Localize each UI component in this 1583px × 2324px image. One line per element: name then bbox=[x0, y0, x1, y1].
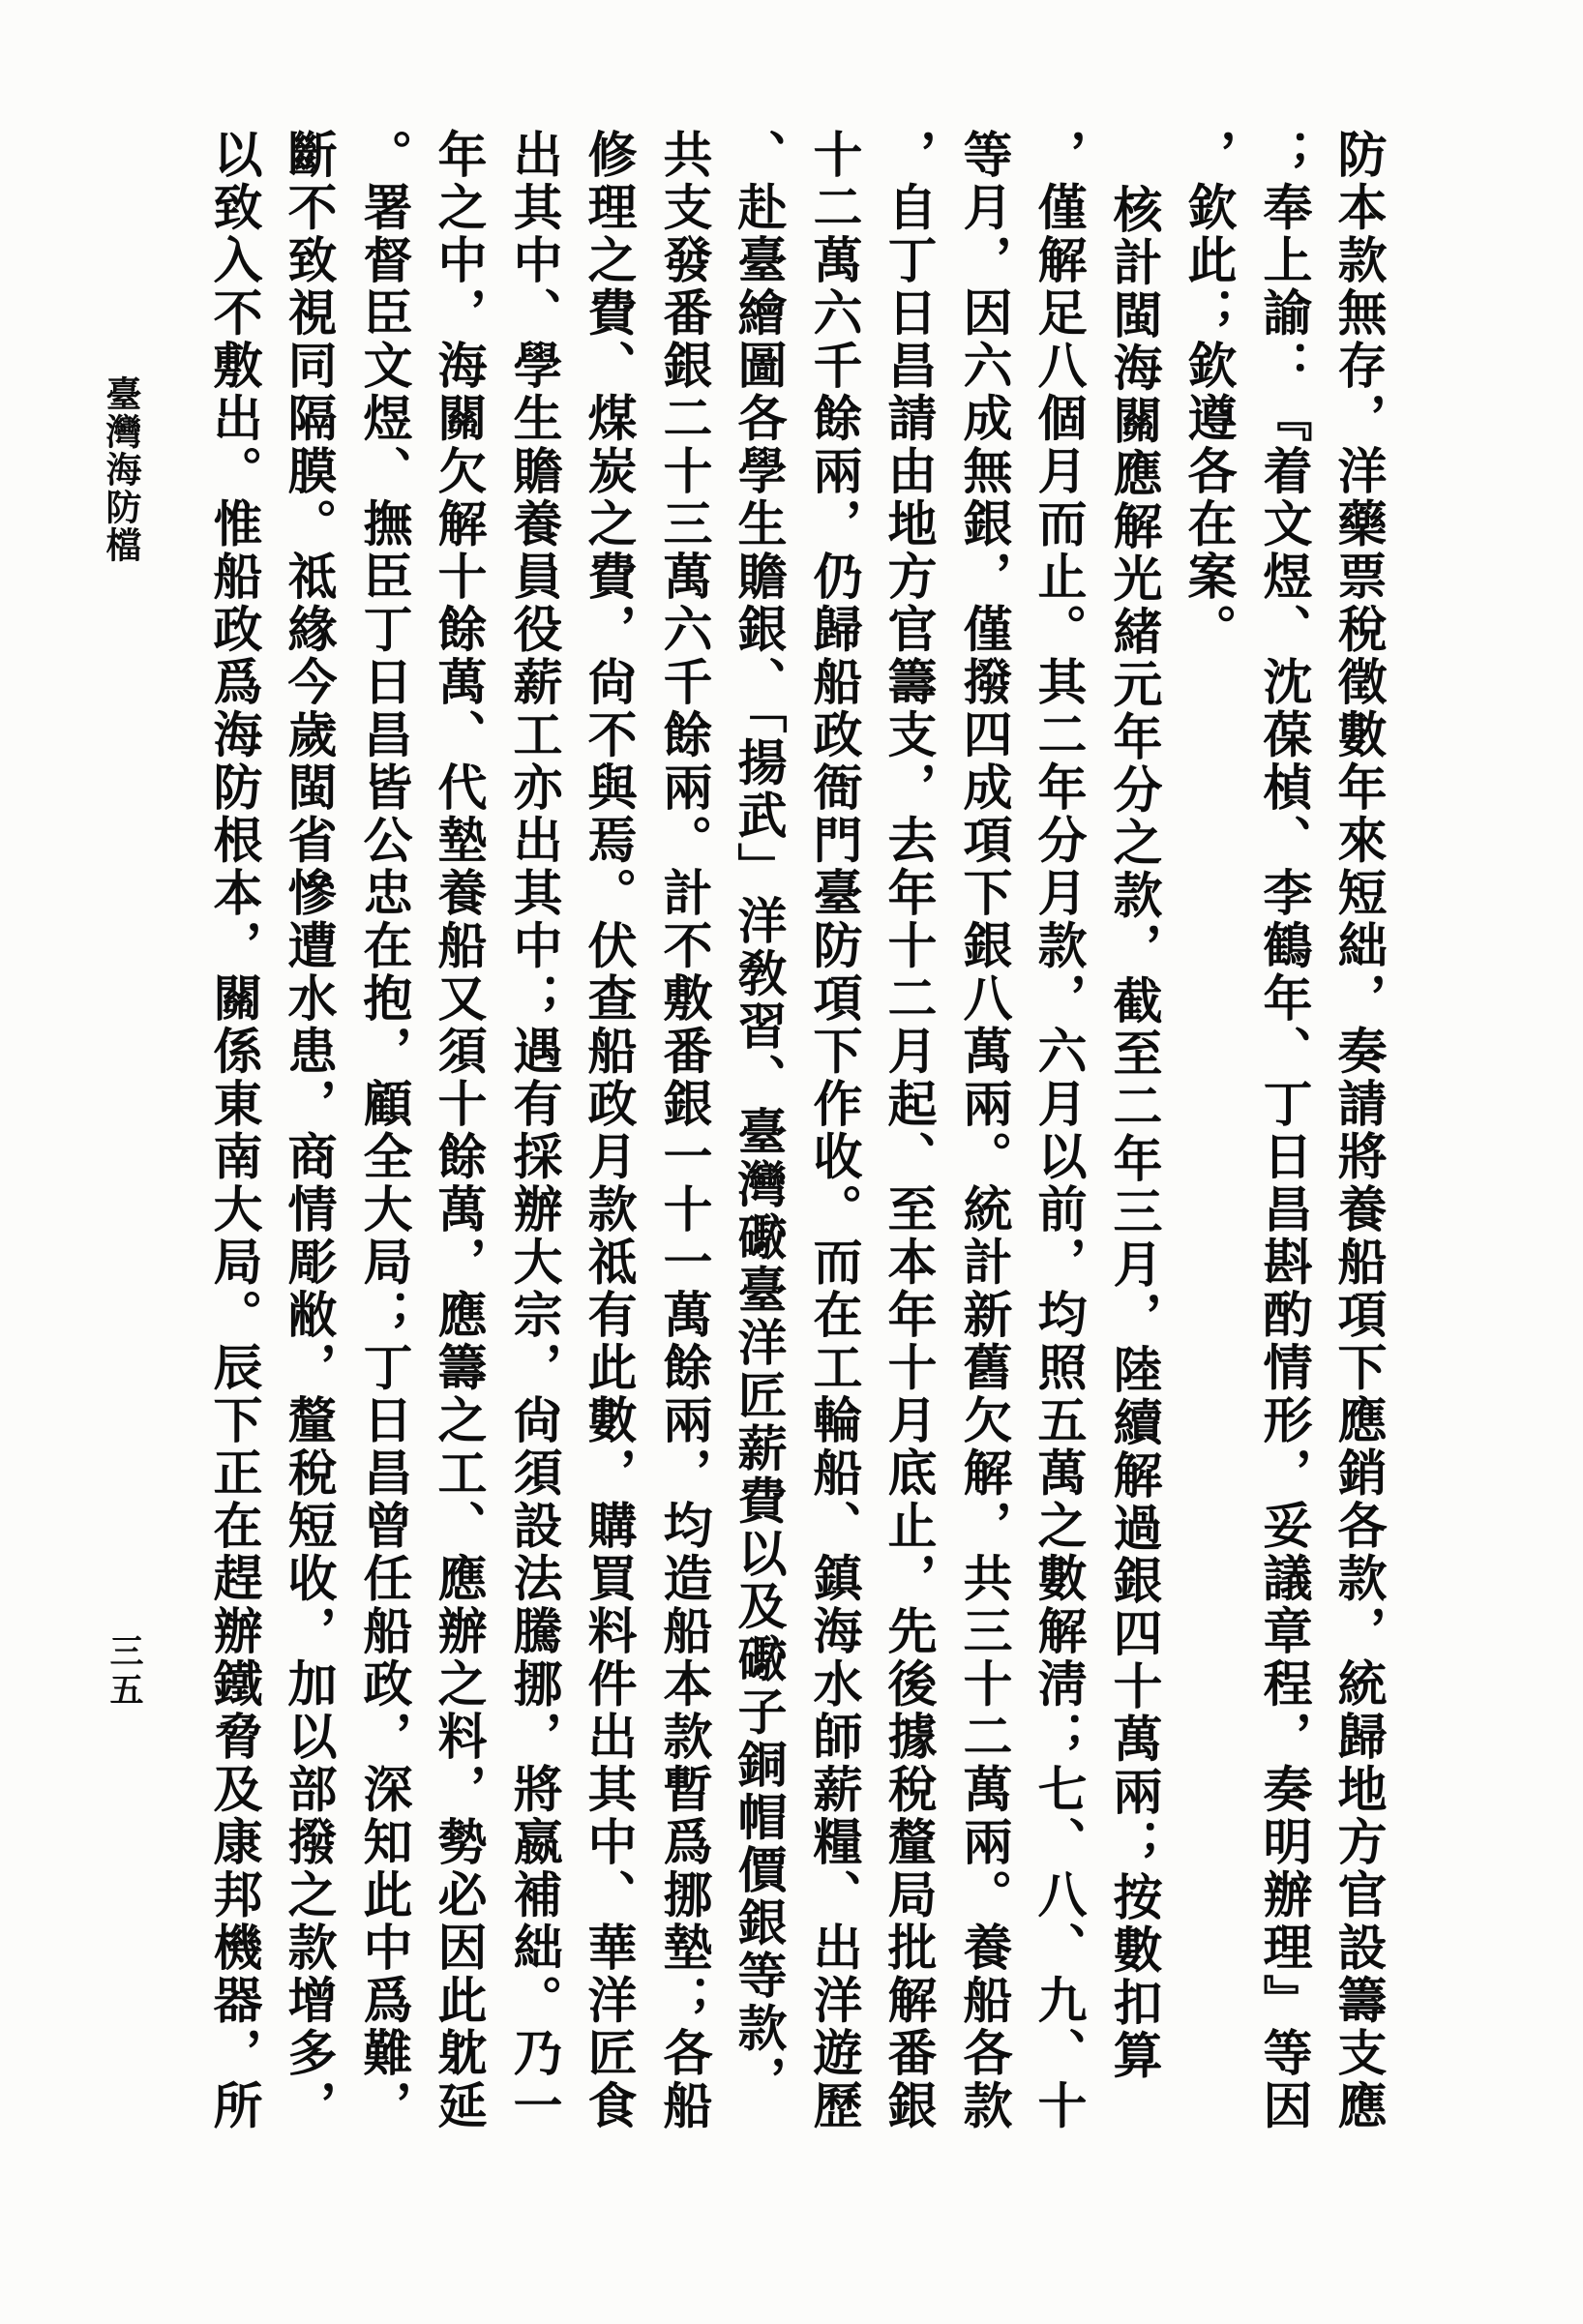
margin-book-title: 臺灣海防檔 bbox=[97, 375, 143, 564]
text-column-05: ，僅解足八個月而止。其二年分月款，六月以前，均照五萬之數解淸；七、八、九、十 bbox=[1025, 129, 1089, 2160]
text-column-08: 十二萬六千餘兩，仍歸船政衙門臺防項下作收。而在工輪船、鎮海水師薪糧、出洋遊歷 bbox=[800, 129, 864, 2160]
scanned-book-page: 臺灣海防檔 三五 防本款無存，洋藥票稅徵數年來短絀，奏請將養船項下應銷各款，統歸… bbox=[0, 0, 1583, 2324]
text-column-13: 年之中，海關欠解十餘萬、代墊養船又須十餘萬，應籌之工、應辦之料，勢必因此躭延 bbox=[425, 129, 489, 2160]
text-column-04: 核計閩海關應解光緒元年分之款，截至二年三月，陸續解過銀四十萬兩；按數扣算 bbox=[1100, 184, 1164, 2160]
text-column-15: 斷不致視同隔膜。祗緣今歲閩省慘遭水患，商情彫敝，釐稅短收，加以部撥之款增多， bbox=[275, 129, 339, 2160]
text-column-14: 。署督臣文煜、撫臣丁日昌皆公忠在抱，顧全大局；丁日昌曾任船政，深知此中爲難， bbox=[350, 129, 414, 2160]
text-column-16: 以致入不敷出。惟船政爲海防根本，關係東南大局。辰下正在趕辦鐵脅及康邦機器，所 bbox=[200, 129, 264, 2160]
text-column-09: 、赴臺繪圖各學生贍銀、「揚武」洋敎習、臺灣礮臺洋匠薪費以及礮子銅帽價銀等款， bbox=[725, 129, 789, 2160]
text-column-03: ，欽此；欽遵各在案。 bbox=[1175, 129, 1239, 2160]
text-column-02: ；奉上諭：『着文煜、沈葆楨、李鶴年、丁日昌斟酌情形，妥議章程，奏明辦理』等因 bbox=[1250, 129, 1314, 2160]
text-column-01: 防本款無存，洋藥票稅徵數年來短絀，奏請將養船項下應銷各款，統歸地方官設籌支應 bbox=[1325, 129, 1389, 2160]
text-column-11: 修理之費、煤炭之費，尙不與焉。伏查船政月款祗有此數，購買料件出其中、華洋匠食 bbox=[575, 129, 639, 2160]
text-column-06: 等月，因六成無銀，僅撥四成項下銀八萬兩。統計新舊欠解，共三十二萬兩。養船各款 bbox=[950, 129, 1014, 2160]
page-number: 三五 bbox=[101, 1633, 147, 1711]
text-column-07: ，自丁日昌請由地方官籌支，去年十二月起、至本年十月底止，先後據稅釐局批解番銀 bbox=[875, 129, 939, 2160]
text-column-12: 出其中、學生贍養員役薪工亦出其中；遇有採辦大宗，尙須設法騰挪，將嬴補絀。乃一 bbox=[500, 129, 564, 2160]
text-column-10: 共支發番銀二十三萬六千餘兩。計不敷番銀一十一萬餘兩，均造船本款暫爲挪墊；各船 bbox=[650, 129, 714, 2160]
